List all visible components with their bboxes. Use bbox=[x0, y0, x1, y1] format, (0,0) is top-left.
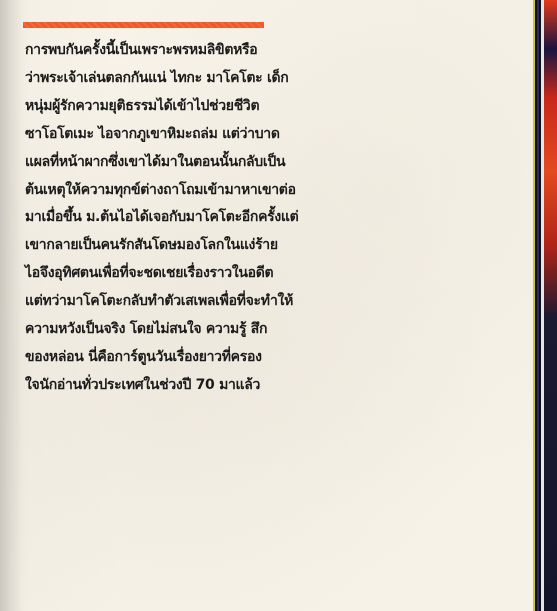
blurb-line: แผลที่หน้าผากซึ่งเขาได้มาในตอนนั้นกลับเป… bbox=[25, 149, 285, 177]
blurb-line: ใจนักอ่านทั่วประเทศในช่วงปี 70 มาแล้ว bbox=[25, 372, 285, 400]
book-spine-edge bbox=[533, 0, 557, 611]
spine-stripe-navy bbox=[537, 0, 539, 611]
blurb-line: ต้นเหตุให้ความทุกข์ต่างถาโถมเข้ามาหาเขาต… bbox=[25, 177, 285, 205]
spine-stripe-yellow bbox=[533, 0, 535, 611]
blurb-line: ของหล่อน นี่คือการ์ตูนวันเรื่องยาวที่ครอ… bbox=[25, 344, 285, 372]
blurb-line: หนุ่มผู้รักความยุติธรรมได้เข้าไปช่วยชีวิ… bbox=[25, 93, 285, 121]
page-edge-shadow bbox=[0, 0, 22, 611]
spine-artwork bbox=[544, 0, 557, 611]
blurb-line: มาเมื่อขึ้น ม.ต้นไอได้เจอกับมาโคโตะอีกคร… bbox=[25, 204, 285, 232]
blurb-line: ว่าพระเจ้าเล่นตลกกันแน่ ไทกะ มาโคโตะ เด็… bbox=[25, 65, 285, 93]
orange-accent-bar bbox=[23, 22, 264, 28]
back-cover-page: การพบกันครั้งนี้เป็นเพราะพรหมลิขิตหรือ ว… bbox=[0, 0, 557, 611]
blurb-line: ความหวังเป็นจริง โดยไม่สนใจ ความรู้ สึก bbox=[25, 316, 285, 344]
blurb-line: การพบกันครั้งนี้เป็นเพราะพรหมลิขิตหรือ bbox=[25, 37, 285, 65]
blurb-line: ซาโอโตเมะ ไอจากภูเขาหิมะถล่ม แต่ว่าบาด bbox=[25, 121, 285, 149]
blurb-line: แต่ทว่ามาโคโตะกลับทำตัวเสเพลเพื่อที่จะทำ… bbox=[25, 288, 285, 316]
blurb-line: ไอจึงอุทิศตนเพื่อที่จะชดเชยเรื่องราวในอด… bbox=[25, 260, 285, 288]
blurb-line: เขากลายเป็นคนรักสันโดษมองโลกในแง่ร้าย bbox=[25, 232, 285, 260]
synopsis-blurb: การพบกันครั้งนี้เป็นเพราะพรหมลิขิตหรือ ว… bbox=[25, 37, 285, 400]
